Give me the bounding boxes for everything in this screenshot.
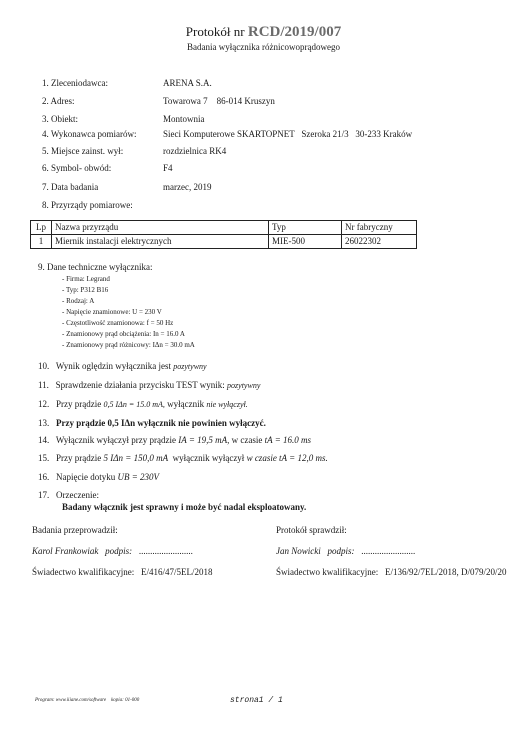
- spec-item: - Napięcie znamionowe: U = 230 V: [62, 308, 162, 316]
- footer-page-number: strona1 / 1: [230, 696, 283, 705]
- item-text: wyłącznik wyłączył: [168, 453, 246, 463]
- header-name: Nazwa przyrządu: [52, 221, 269, 235]
- result-14: 14. Wyłącznik wyłączył przy prądzie IA =…: [38, 435, 311, 445]
- spec-item: - Rodzaj: A: [62, 297, 94, 305]
- item-text: Przy prądzie 0,5 IΔn wyłącznik nie powin…: [56, 418, 266, 428]
- item-text: wyłącznik: [165, 399, 206, 409]
- item-text: Napięcie dotyku: [56, 472, 117, 482]
- header-lp: Lp: [31, 221, 52, 235]
- item-value: w czasie tA = 12,0 ms.: [247, 453, 328, 463]
- performed-by-heading: Badania przeprowadził:: [32, 525, 118, 535]
- test-date-label: 7. Data badania: [42, 182, 98, 192]
- title-prefix: Protokół nr: [186, 24, 245, 39]
- spec-item: - Znamionowy prąd różnicowy: IΔn = 30.0 …: [62, 341, 195, 349]
- client-label: 1. Zleceniodawca:: [42, 78, 108, 88]
- circuit-symbol-value: F4: [163, 163, 173, 173]
- result-15: 15. Przy prądzie 5 IΔn = 150,0 mA wyłącz…: [38, 453, 328, 463]
- result-11: 11. Sprawdzenie działania przycisku TEST…: [38, 380, 260, 390]
- performed-by-signature: Karol Frankowiak podpis: ...............…: [32, 546, 193, 556]
- header-serial: Nr fabryczny: [342, 221, 417, 235]
- cell-name: Miernik instalacji elektrycznych: [52, 235, 269, 249]
- sign-label: podpis:: [328, 546, 355, 556]
- protocol-title: Protokół nr RCD/2019/007: [0, 24, 527, 41]
- cert-value: E/136/92/7EL/2018, D/079/20/20: [385, 567, 507, 577]
- item-text: Wyłącznik wyłączył przy prądzie: [56, 435, 178, 445]
- client-value: ARENA S.A.: [163, 78, 212, 88]
- install-location-value: rozdzielnica RK4: [163, 146, 226, 156]
- sign-label: podpis:: [105, 546, 132, 556]
- item-value: 5 IΔn = 150,0 mA: [103, 453, 168, 463]
- install-location-label: 5. Miejsce zainst. wył:: [42, 146, 123, 156]
- item-number: 15.: [38, 453, 49, 463]
- spec-item: - Typ: P312 B16: [62, 286, 108, 294]
- item-number: 17.: [38, 490, 49, 500]
- test-date-value: marzec, 2019: [163, 182, 211, 192]
- contractor-label: 4. Wykonawca pomiarów:: [42, 129, 137, 139]
- cell-serial: 26022302: [342, 235, 417, 249]
- item-value: IA = 19,5 mA,: [178, 435, 229, 445]
- item-value: 0,5 IΔn = 15.0 mA,: [103, 400, 164, 409]
- item-text: Orzeczenie:: [56, 490, 99, 500]
- cell-type: MIE-500: [269, 235, 342, 249]
- sign-line: ........................: [139, 546, 193, 556]
- verifier-cert: Świadectwo kwalifikacyjne: E/136/92/7EL/…: [276, 567, 506, 577]
- result-16: 16. Napięcie dotyku UB = 230V: [38, 472, 159, 482]
- contractor-value: Sieci Komputerowe SKARTOPNET Szeroka 21/…: [163, 129, 412, 139]
- protocol-subtitle: Badania wyłącznika różnicowoprądowego: [0, 42, 527, 52]
- item-number: 13.: [38, 418, 49, 428]
- result-13: 13. Przy prądzie 0,5 IΔn wyłącznik nie p…: [38, 418, 266, 428]
- item-text: Sprawdzenie działania przycisku TEST wyn…: [56, 380, 227, 390]
- instruments-label: 8. Przyrządy pomiarowe:: [42, 200, 133, 210]
- cert-label: Świadectwo kwalifikacyjne:: [32, 567, 134, 577]
- verified-by-heading: Protokół sprawdził:: [276, 525, 347, 535]
- result-12: 12. Przy prądzie 0,5 IΔn = 15.0 mA, wyłą…: [38, 399, 248, 409]
- cert-value: E/416/47/5EL/2018: [141, 567, 213, 577]
- spec-item: - Firma: Legrand: [62, 275, 110, 283]
- item-number: 10.: [38, 361, 49, 371]
- performer-name: Karol Frankowiak: [32, 546, 98, 556]
- circuit-symbol-label: 6. Symbol- obwód:: [42, 163, 111, 173]
- sign-line: ........................: [361, 546, 415, 556]
- item-number: 12.: [38, 399, 49, 409]
- spec-item: - Częstotliwość znamionowa: f = 50 Hz: [62, 319, 173, 327]
- item-value: tA = 16.0 ms: [265, 435, 311, 445]
- result-10: 10. Wynik oględzin wyłącznika jest pozyt…: [38, 361, 207, 371]
- equipment-table: Lp Nazwa przyrządu Typ Nr fabryczny 1 Mi…: [30, 220, 417, 249]
- item-text: Przy prądzie: [56, 453, 103, 463]
- verified-by-signature: Jan Nowicki podpis: ....................…: [276, 546, 415, 556]
- item-value: UB = 230V: [117, 472, 159, 482]
- item-text: Wynik oględzin wyłącznika jest: [56, 361, 173, 371]
- header-type: Typ: [269, 221, 342, 235]
- address-label: 2. Adres:: [42, 96, 75, 106]
- table-header-row: Lp Nazwa przyrządu Typ Nr fabryczny: [31, 221, 417, 235]
- verifier-name: Jan Nowicki: [276, 546, 321, 556]
- verdict: Badany włącznik jest sprawny i może być …: [62, 502, 306, 512]
- item-value: pozytywny: [227, 381, 260, 390]
- spec-item: - Znamionowy prąd obciążenia: In = 16.0 …: [62, 330, 185, 338]
- item-text: w czasie: [229, 435, 264, 445]
- cert-label: Świadectwo kwalifikacyjne:: [276, 567, 378, 577]
- performer-cert: Świadectwo kwalifikacyjne: E/416/47/5EL/…: [32, 567, 212, 577]
- table-row: 1 Miernik instalacji elektrycznych MIE-5…: [31, 235, 417, 249]
- footer-program: Program: www.iiiane.com/software kopia: …: [35, 698, 139, 703]
- address-value: Towarowa 7 86-014 Kruszyn: [163, 96, 275, 106]
- item-number: 14.: [38, 435, 49, 445]
- item-text: Przy prądzie: [56, 399, 103, 409]
- object-label: 3. Obiekt:: [42, 114, 78, 124]
- item-number: 11.: [38, 380, 49, 390]
- item-value: pozytywny: [173, 362, 206, 371]
- tech-data-heading: 9. Dane techniczne wyłącznika:: [38, 262, 152, 272]
- cell-lp: 1: [31, 235, 52, 249]
- protocol-number: RCD/2019/007: [248, 24, 341, 40]
- result-17: 17. Orzeczenie:: [38, 490, 99, 500]
- item-number: 16.: [38, 472, 49, 482]
- object-value: Montownia: [163, 114, 205, 124]
- item-value: nie wyłączył.: [206, 400, 247, 409]
